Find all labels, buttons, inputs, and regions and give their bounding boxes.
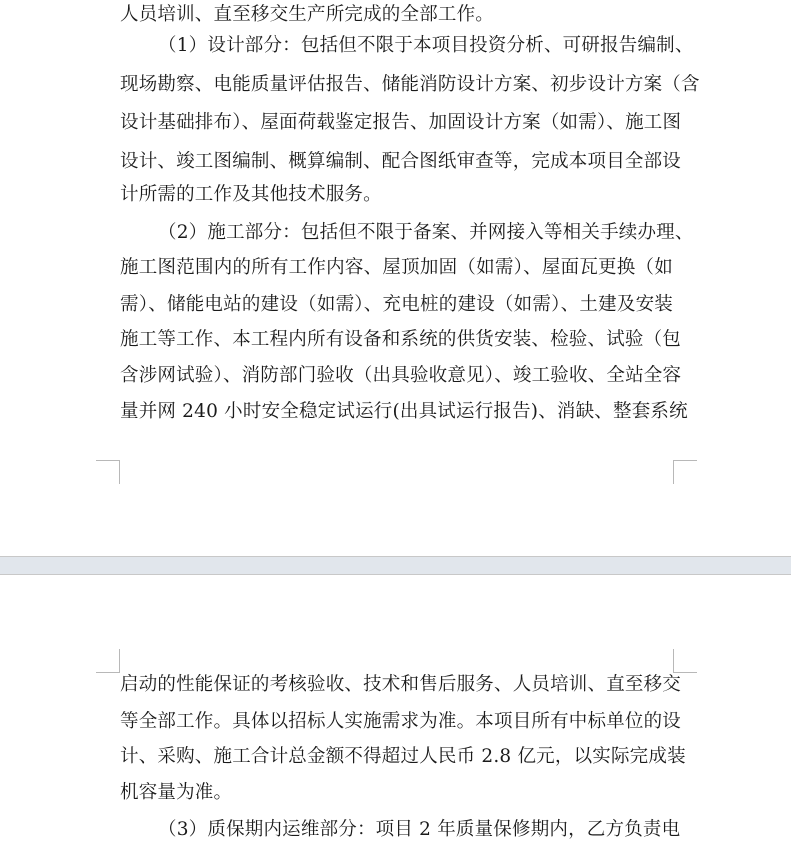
- paragraph-line: 需）、储能电站的建设（如需）、充电桩的建设（如需）、土建及安装: [120, 293, 673, 317]
- paragraph-line: 量并网 240 小时安全稳定试运行(出具试运行报告)、消缺、整套系统: [120, 400, 673, 424]
- margin-corner-mark-top-left: [96, 649, 120, 673]
- paragraph-line: 现场勘察、电能质量评估报告、储能消防设计方案、初步设计方案（含: [120, 73, 673, 97]
- paragraph-line: 计所需的工作及其他技术服务。: [120, 183, 673, 207]
- paragraph-line: （1）设计部分：包括但不限于本项目投资分析、可研报告编制、: [158, 34, 673, 58]
- document-page-2[interactable]: 启动的性能保证的考核验收、技术和售后服务、人员培训、直至移交 等全部工作。具体以…: [0, 575, 791, 850]
- margin-corner-mark-bottom-left: [96, 460, 120, 484]
- paragraph-line: 设计、竣工图编制、概算编制、配合图纸审查等，完成本项目全部设: [120, 150, 673, 174]
- paragraph-line: 启动的性能保证的考核验收、技术和售后服务、人员培训、直至移交: [120, 673, 673, 697]
- paragraph-line: 人员培训、直至移交生产所完成的全部工作。: [120, 3, 673, 27]
- paragraph-line: 等全部工作。具体以招标人实施需求为准。本项目所有中标单位的设: [120, 710, 673, 734]
- paragraph-line: 施工图范围内的所有工作内容、屋顶加固（如需）、屋面瓦更换（如: [120, 256, 673, 280]
- paragraph-line: 设计基础排布）、屋面荷载鉴定报告、加固设计方案（如需）、施工图: [120, 111, 673, 135]
- margin-corner-mark-top-right: [673, 649, 697, 673]
- paragraph-line: （3）质保期内运维部分：项目 2 年质量保修期内，乙方负责电: [158, 818, 673, 842]
- document-page-1[interactable]: 人员培训、直至移交生产所完成的全部工作。 （1）设计部分：包括但不限于本项目投资…: [0, 0, 791, 556]
- paragraph-line: 施工等工作、本工程内所有设备和系统的供货安装、检验、试验（包: [120, 328, 673, 352]
- margin-corner-mark-bottom-right: [673, 460, 697, 484]
- paragraph-line: 机容量为准。: [120, 781, 673, 805]
- page-separator: [0, 556, 791, 575]
- paragraph-line: 含涉网试验）、消防部门验收（出具验收意见）、竣工验收、全站全容: [120, 364, 673, 388]
- paragraph-line: 计、采购、施工合计总金额不得超过人民币 2.8 亿元，以实际完成装: [120, 745, 673, 769]
- paragraph-line: （2）施工部分：包括但不限于备案、并网接入等相关手续办理、: [158, 221, 673, 245]
